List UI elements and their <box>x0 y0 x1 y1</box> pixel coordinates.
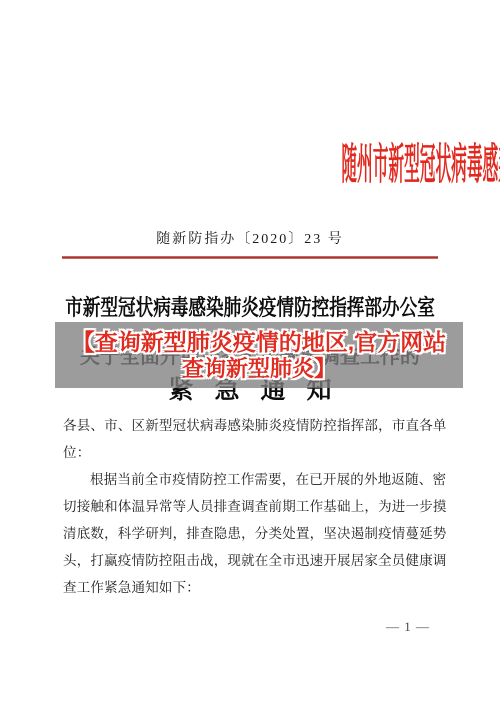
red-divider-line <box>62 256 438 259</box>
caption-overlay-text-line1: 【查询新型肺炎疫情的地区,官方网站 <box>72 329 446 356</box>
body-line-salutation-cont: 位： <box>63 439 441 466</box>
document-title-line1: 市新型冠状病毒感染肺炎疫情防控指挥部办公室 <box>65 295 435 321</box>
document-body: 各县、市、区新型冠状病毒感染肺炎疫情防控指挥部，市直各单 位： 根据当前全市疫情… <box>63 412 441 601</box>
page-number: — 1 — <box>386 619 430 635</box>
letterhead-title-text: 随州市新型冠状病毒感染肺炎疫情防控指挥部办公室文件 <box>341 141 500 191</box>
body-line-paragraph: 根据当前全市疫情防控工作需要，在已开展的外地返随、密 <box>63 466 441 493</box>
official-document-page: 随州市新型冠状病毒感染肺炎疫情防控指挥部办公室文件 随新防指办〔2020〕23 … <box>0 0 500 707</box>
caption-overlay-text-line2: 查询新型肺炎】 <box>182 356 336 382</box>
body-line-salutation: 各县、市、区新型冠状病毒感染肺炎疫情防控指挥部，市直各单 <box>63 412 441 439</box>
document-number: 随新防指办〔2020〕23 号 <box>0 228 500 248</box>
red-letterhead-banner: 随州市新型冠状病毒感染肺炎疫情防控指挥部办公室文件 <box>0 141 500 191</box>
body-line-paragraph: 切接触和体温异常等人员排查调查前期工作基础上，为进一步摸 <box>63 493 441 520</box>
caption-overlay-band: 【查询新型肺炎疫情的地区,官方网站 查询新型肺炎】 <box>55 322 463 388</box>
document-title-line1-wrap: 市新型冠状病毒感染肺炎疫情防控指挥部办公室 <box>0 295 500 321</box>
body-line-paragraph: 头，打赢疫情防控阻击战，现就在全市迅速开展居家全员健康调 <box>63 547 441 574</box>
body-line-paragraph: 查工作紧急通知如下： <box>63 574 441 601</box>
body-line-paragraph: 清底数，科学研判，排查隐患，分类处置，坚决遏制疫情蔓延势 <box>63 520 441 547</box>
